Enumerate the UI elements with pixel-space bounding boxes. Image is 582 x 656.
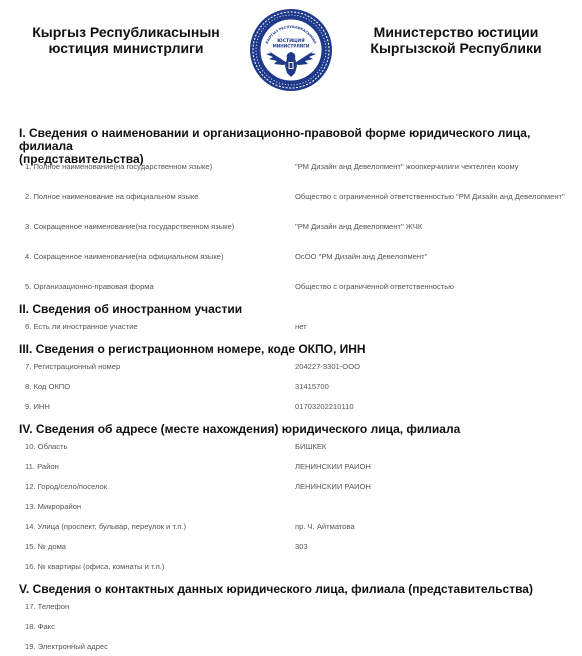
field-row: 6. Есть ли иностранное участиенет bbox=[0, 322, 582, 334]
field-row: 15. № дома303 bbox=[0, 542, 582, 554]
field-row: 8. Код ОКПО31415700 bbox=[0, 382, 582, 394]
field-label: 15. № дома bbox=[25, 542, 66, 551]
field-value: "РМ Дизайн анд Девелопмент" ЖЧК bbox=[295, 222, 422, 231]
field-row: 18. Факс bbox=[0, 622, 582, 634]
header-right-line2: Кыргызской Республики bbox=[346, 40, 566, 56]
field-value: 31415700 bbox=[295, 382, 329, 391]
field-label: 9. ИНН bbox=[25, 402, 50, 411]
header-right-line1: Министерство юстиции bbox=[346, 24, 566, 40]
field-value: 303 bbox=[295, 542, 308, 551]
field-row: 12. Город/село/поселокЛЕНИНСКИИ РАИОН bbox=[0, 482, 582, 494]
field-value: БИШКЕК bbox=[295, 442, 326, 451]
field-row: 4. Сокращенное наименование(на официальн… bbox=[0, 252, 582, 264]
field-label: 12. Город/село/поселок bbox=[25, 482, 107, 491]
ministry-emblem-icon: КЫРГЫЗ РЕСПУБЛИКАСЫНЫН ЮСТИЦИЯ МИНИСТРЛИ… bbox=[249, 8, 333, 92]
field-row: 9. ИНН01703202210110 bbox=[0, 402, 582, 414]
field-row: 2. Полное наименование на официальном яз… bbox=[0, 192, 582, 204]
field-label: 4. Сокращенное наименование(на официальн… bbox=[25, 252, 224, 261]
section-title-line: IV. Сведения об адресе (месте нахождения… bbox=[19, 423, 579, 436]
field-label: 19. Электронный адрес bbox=[25, 642, 108, 651]
section-title: II. Сведения об иностранном участии bbox=[19, 303, 579, 316]
svg-text:МИНИСТРЛИГИ: МИНИСТРЛИГИ bbox=[273, 44, 310, 49]
field-label: 1. Полное наименование(на государственно… bbox=[25, 162, 212, 171]
field-label: 17. Телефон bbox=[25, 602, 69, 611]
section-title-line: V. Сведения о контактных данных юридичес… bbox=[19, 583, 579, 596]
field-value: Общество с ограниченной ответственностью… bbox=[295, 192, 565, 201]
field-label: 13. Микрорайон bbox=[25, 502, 81, 511]
field-value: ОсОО "РМ Дизайн анд Девелопмент" bbox=[295, 252, 427, 261]
header-left-line2: юстиция министрлиги bbox=[16, 40, 236, 56]
page-header: Кыргыз Республикасынын юстиция министрли… bbox=[0, 0, 582, 110]
header-left-line1: Кыргыз Республикасынын bbox=[16, 24, 236, 40]
field-label: 8. Код ОКПО bbox=[25, 382, 70, 391]
header-title-kyrgyz: Кыргыз Республикасынын юстиция министрли… bbox=[16, 24, 236, 56]
field-label: 14. Улица (проспект, бульвар, переулок и… bbox=[25, 522, 186, 531]
section-title: III. Сведения о регистрационном номере, … bbox=[19, 343, 579, 356]
field-label: 3. Сокращенное наименование(на государст… bbox=[25, 222, 234, 231]
section-title: I. Сведения о наименовании и организацио… bbox=[19, 127, 579, 166]
field-label: 10. Область bbox=[25, 442, 67, 451]
field-row: 16. № квартиры (офиса, комнаты и т.п.) bbox=[0, 562, 582, 574]
field-value: 204227-3301-ООО bbox=[295, 362, 360, 371]
field-label: 6. Есть ли иностранное участие bbox=[25, 322, 138, 331]
field-label: 18. Факс bbox=[25, 622, 55, 631]
field-row: 14. Улица (проспект, бульвар, переулок и… bbox=[0, 522, 582, 534]
field-label: 11. Район bbox=[25, 462, 59, 471]
field-label: 2. Полное наименование на официальном яз… bbox=[25, 192, 198, 201]
field-row: 7. Регистрационный номер204227-3301-ООО bbox=[0, 362, 582, 374]
section-title: V. Сведения о контактных данных юридичес… bbox=[19, 583, 579, 596]
field-value: 01703202210110 bbox=[295, 402, 354, 411]
field-row: 11. РайонЛЕНИНСКИИ РАИОН bbox=[0, 462, 582, 474]
field-row: 10. ОбластьБИШКЕК bbox=[0, 442, 582, 454]
field-row: 13. Микрорайон bbox=[0, 502, 582, 514]
field-value: "РМ Дизайн анд Девелопмент" жоопкерчилиг… bbox=[295, 162, 519, 171]
field-label: 16. № квартиры (офиса, комнаты и т.п.) bbox=[25, 562, 164, 571]
field-value: ЛЕНИНСКИИ РАИОН bbox=[295, 462, 371, 471]
field-label: 7. Регистрационный номер bbox=[25, 362, 120, 371]
field-label: 5. Организационно-правовая форма bbox=[25, 282, 154, 291]
section-title: IV. Сведения об адресе (месте нахождения… bbox=[19, 423, 579, 436]
section-title-line: III. Сведения о регистрационном номере, … bbox=[19, 343, 579, 356]
field-value: пр. Ч. Айтматова bbox=[295, 522, 355, 531]
field-value: Общество с ограниченной ответственностью bbox=[295, 282, 454, 291]
field-row: 1. Полное наименование(на государственно… bbox=[0, 162, 582, 174]
header-title-russian: Министерство юстиции Кыргызской Республи… bbox=[346, 24, 566, 56]
section-title-line: I. Сведения о наименовании и организацио… bbox=[19, 127, 579, 153]
field-value: нет bbox=[295, 322, 307, 331]
field-row: 19. Электронный адрес bbox=[0, 642, 582, 654]
section-title-line: II. Сведения об иностранном участии bbox=[19, 303, 579, 316]
field-row: 17. Телефон bbox=[0, 602, 582, 614]
field-row: 5. Организационно-правовая формаОбщество… bbox=[0, 282, 582, 294]
field-row: 3. Сокращенное наименование(на государст… bbox=[0, 222, 582, 234]
field-value: ЛЕНИНСКИИ РАИОН bbox=[295, 482, 371, 491]
